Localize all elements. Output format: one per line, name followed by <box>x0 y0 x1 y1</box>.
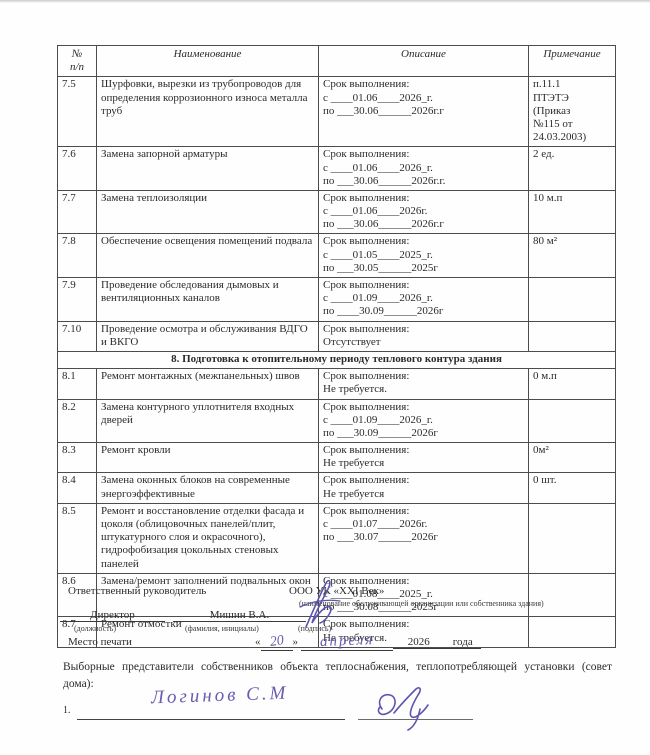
row-number-cell: 7.9 <box>58 278 97 322</box>
work-name-cell: Ремонт кровли <box>97 443 319 473</box>
table-row: 8.1Ремонт монтажных (межпанельных) швовС… <box>58 369 616 399</box>
scan-edge-artifact <box>0 0 650 3</box>
note-cell <box>529 278 616 322</box>
description-cell: Срок выполнения: с ____01.09____2026_г. … <box>319 278 529 322</box>
section-header-row: 8. Подготовка к отопительному периоду те… <box>58 351 616 368</box>
description-cell: Срок выполнения: Не требуется <box>319 443 529 473</box>
note-cell: 2 ед. <box>529 147 616 191</box>
position-caption: (должность) <box>74 624 116 633</box>
description-cell: Срок выполнения: с ____01.09____2026_г. … <box>319 399 529 443</box>
date-year: 2026 <box>393 636 445 649</box>
date-suffix: года <box>445 636 481 649</box>
signature-block: Ответственный руководитель ООО УК «XXI В… <box>0 583 650 755</box>
row-number-cell: 7.5 <box>58 77 97 147</box>
document-page: № п/пНаименованиеОписаниеПримечание 7.5Ш… <box>0 0 650 755</box>
row-number-cell: 7.6 <box>58 147 97 191</box>
description-cell: Срок выполнения: с ____01.05____2025_г. … <box>319 234 529 278</box>
table-row: 8.4Замена оконных блоков на современные … <box>58 473 616 503</box>
column-header: Наименование <box>97 46 319 77</box>
note-cell: 0м² <box>529 443 616 473</box>
work-name-cell: Ремонт монтажных (межпанельных) швов <box>97 369 319 399</box>
work-name-cell: Замена оконных блоков на современные эне… <box>97 473 319 503</box>
note-cell <box>529 321 616 351</box>
responsible-label: Ответственный руководитель <box>68 585 206 597</box>
stamp-place-label: Место печати <box>68 636 132 648</box>
row-number-cell: 8.1 <box>58 369 97 399</box>
description-cell: Срок выполнения: с ____01.06____2026_г. … <box>319 77 529 147</box>
date-day-handwritten: 20 <box>261 634 293 651</box>
work-name-cell: Обеспечение освещения помещений подвала <box>97 234 319 278</box>
work-name-cell: Замена запорной арматуры <box>97 147 319 191</box>
work-name-cell: Замена теплоизоляции <box>97 190 319 234</box>
note-cell: 80 м² <box>529 234 616 278</box>
description-cell: Срок выполнения: Не требуется <box>319 473 529 503</box>
note-cell <box>529 503 616 573</box>
row-number-cell: 7.7 <box>58 190 97 234</box>
work-name-cell: Ремонт и восстановление отделки фасада и… <box>97 503 319 573</box>
row-number-cell: 8.5 <box>58 503 97 573</box>
description-cell: Срок выполнения: Отсутствует <box>319 321 529 351</box>
column-header: Описание <box>319 46 529 77</box>
representative-name-underline <box>77 719 345 720</box>
row-number-cell: 7.8 <box>58 234 97 278</box>
sign-caption: (подпись) <box>298 624 331 633</box>
description-cell: Срок выполнения: с ____01.06____2026_г. … <box>319 147 529 191</box>
note-cell: п.11.1 ПТЭТЭ (Приказ №115 от 24.03.2003) <box>529 77 616 147</box>
section-header-cell: 8. Подготовка к отопительному периоду те… <box>58 351 616 368</box>
row-number-cell: 8.3 <box>58 443 97 473</box>
table-row: 7.7Замена теплоизоляцииСрок выполнения: … <box>58 190 616 234</box>
note-cell: 0 шт. <box>529 473 616 503</box>
representatives-paragraph: Выборные представители собственников объ… <box>63 659 612 692</box>
table-row: 7.9Проведение обследования дымовых и вен… <box>58 278 616 322</box>
note-cell <box>529 399 616 443</box>
name-value: Мишин В.А. <box>173 609 306 622</box>
date-line: «20» апреля2026года <box>255 633 481 651</box>
representative-line: 1. Логинов С.М <box>63 701 612 731</box>
row-number-cell: 8.2 <box>58 399 97 443</box>
date-quote-close: » <box>293 636 299 648</box>
table-header-row: № п/пНаименованиеОписаниеПримечание <box>58 46 616 77</box>
table-row: 7.5Шурфовки, вырезки из трубопроводов дл… <box>58 77 616 147</box>
director-signature <box>292 577 346 631</box>
table-row: 7.6Замена запорной арматурыСрок выполнен… <box>58 147 616 191</box>
note-cell: 10 м.п <box>529 190 616 234</box>
description-cell: Срок выполнения: с ____01.06____2026г. п… <box>319 190 529 234</box>
date-month-handwritten: апреля <box>301 633 393 651</box>
table-row: 8.3Ремонт кровлиСрок выполнения: Не треб… <box>58 443 616 473</box>
representative-handwritten-name: Логинов С.М <box>151 683 289 710</box>
work-name-cell: Шурфовки, вырезки из трубопроводов для о… <box>97 77 319 147</box>
work-name-cell: Проведение осмотра и обслуживания ВДГО и… <box>97 321 319 351</box>
note-cell: 0 м.п <box>529 369 616 399</box>
column-header: Примечание <box>529 46 616 77</box>
representative-number: 1. <box>63 705 71 716</box>
column-header: № п/п <box>58 46 97 77</box>
maintenance-plan-table: № п/пНаименованиеОписаниеПримечание 7.5Ш… <box>57 45 616 648</box>
work-name-cell: Замена контурного уплотнителя входных дв… <box>97 399 319 443</box>
table-row: 7.10Проведение осмотра и обслуживания ВД… <box>58 321 616 351</box>
description-cell: Срок выполнения: Не требуется. <box>319 369 529 399</box>
work-name-cell: Проведение обследования дымовых и вентил… <box>97 278 319 322</box>
table-row: 8.5Ремонт и восстановление отделки фасад… <box>58 503 616 573</box>
name-caption: (фамилия, инициалы) <box>185 624 259 633</box>
description-cell: Срок выполнения: с ____01.07____2026г. п… <box>319 503 529 573</box>
position-value: Директор <box>60 609 165 622</box>
table-row: 7.8Обеспечение освещения помещений подва… <box>58 234 616 278</box>
row-number-cell: 7.10 <box>58 321 97 351</box>
row-number-cell: 8.4 <box>58 473 97 503</box>
table-body: 7.5Шурфовки, вырезки из трубопроводов дл… <box>58 77 616 647</box>
table-row: 8.2Замена контурного уплотнителя входных… <box>58 399 616 443</box>
table-header: № п/пНаименованиеОписаниеПримечание <box>58 46 616 77</box>
representative-signature <box>368 685 438 731</box>
